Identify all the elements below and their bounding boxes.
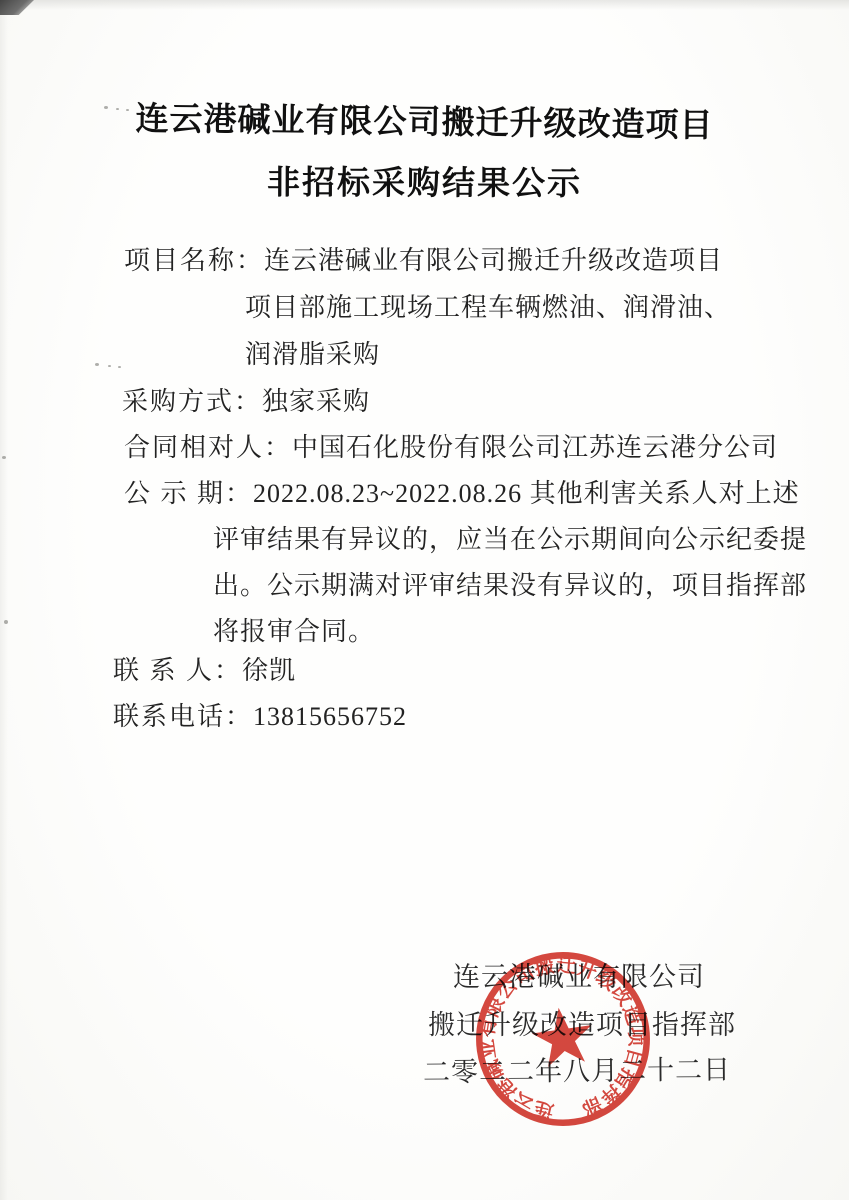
seal-star-icon bbox=[529, 1004, 596, 1069]
field-contact-phone: 联系电话：13815656752 bbox=[113, 696, 407, 733]
project-name-label: 项目名称： bbox=[124, 246, 264, 275]
publicity-period-continuation: 将报审合同。 bbox=[213, 611, 375, 648]
scan-speck bbox=[2, 456, 6, 459]
project-name-continuation: 项目部施工现场工程车辆燃油、润滑油、 bbox=[245, 287, 731, 324]
field-publicity-period: 公 示 期：2022.08.23~2022.08.26 其他利害关系人对上述 bbox=[124, 473, 800, 510]
scan-speck bbox=[108, 365, 111, 367]
contact-person-label: 联 系 人： bbox=[113, 656, 242, 685]
contract-counterparty-label: 合同相对人： bbox=[124, 433, 292, 462]
scan-speck bbox=[95, 363, 99, 366]
project-name-continuation: 润滑脂采购 bbox=[245, 334, 380, 371]
contact-person-value: 徐凯 bbox=[242, 656, 296, 685]
publicity-period-continuation: 评审结果有异议的，应当在公示期间向公示纪委提 bbox=[213, 519, 807, 556]
contract-counterparty-value: 中国石化股份有限公司江苏连云港分公司 bbox=[292, 433, 778, 462]
title-line-2: 非招标采购结果公示 bbox=[0, 156, 849, 206]
field-contract-counterparty: 合同相对人：中国石化股份有限公司江苏连云港分公司 bbox=[124, 427, 778, 464]
field-project-name: 项目名称：连云港碱业有限公司搬迁升级改造项目 bbox=[124, 240, 723, 277]
title-line-1: 连云港碱业有限公司搬迁升级改造项目 bbox=[0, 91, 849, 148]
procurement-method-label: 采购方式： bbox=[122, 387, 262, 416]
procurement-method-value: 独家采购 bbox=[262, 387, 370, 416]
scan-corner-mark bbox=[0, 0, 34, 15]
publicity-period-label: 公 示 期： bbox=[124, 479, 253, 508]
scan-speck bbox=[118, 366, 121, 368]
project-name-value: 连云港碱业有限公司搬迁升级改造项目 bbox=[264, 246, 723, 275]
publicity-period-continuation: 出。公示期满对评审结果没有异议的，项目指挥部 bbox=[213, 565, 807, 602]
document-title: 连云港碱业有限公司搬迁升级改造项目 非招标采购结果公示 bbox=[0, 96, 849, 204]
scan-speck bbox=[4, 620, 8, 624]
field-procurement-method: 采购方式：独家采购 bbox=[122, 381, 370, 418]
field-contact-person: 联 系 人：徐凯 bbox=[113, 650, 296, 687]
document-page: 连云港碱业有限公司搬迁升级改造项目 非招标采购结果公示 项目名称：连云港碱业有限… bbox=[0, 0, 849, 1200]
publicity-period-value: 2022.08.23~2022.08.26 其他利害关系人对上述 bbox=[253, 479, 800, 508]
contact-phone-label: 联系电话： bbox=[113, 702, 253, 731]
official-seal: 连云港碱业有限公司搬迁升级改造项目指挥部 bbox=[458, 934, 668, 1144]
contact-phone-value: 13815656752 bbox=[253, 702, 407, 731]
